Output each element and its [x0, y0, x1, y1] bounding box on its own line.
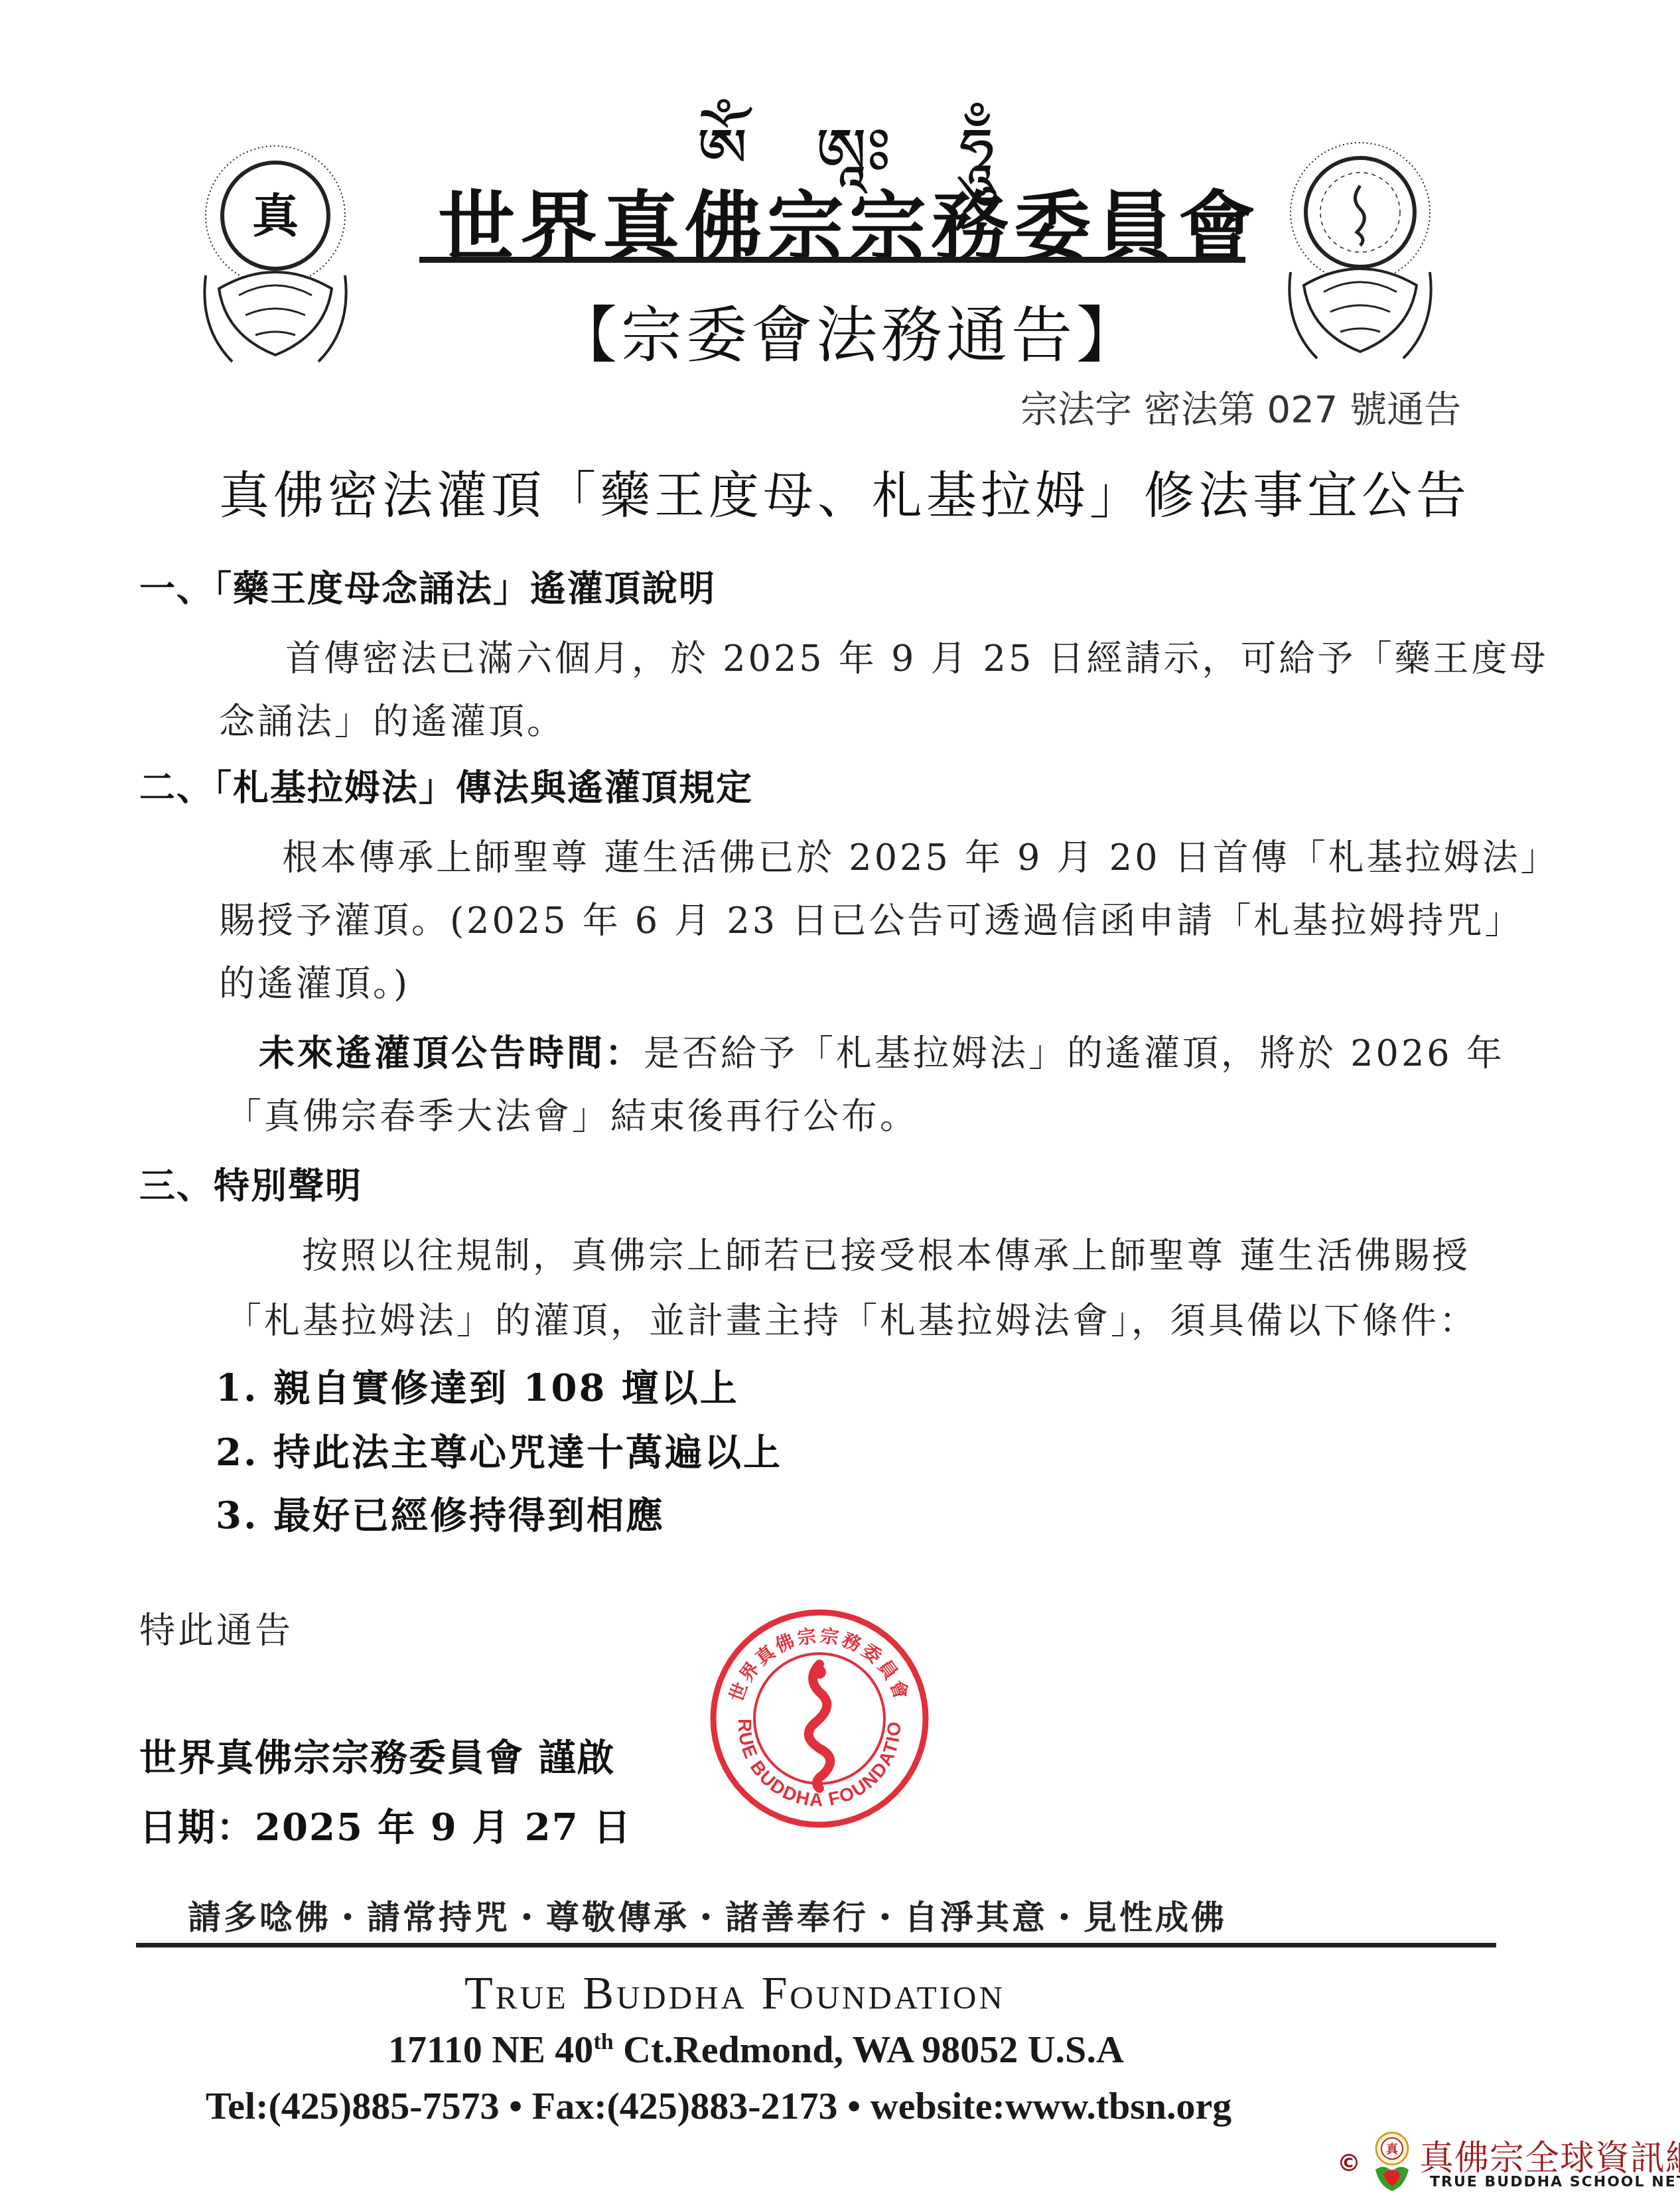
footer-divider: [136, 1943, 1496, 1947]
copyright-icon: ©: [1337, 2150, 1361, 2177]
condition-2: 2. 持此法主尊心咒達十萬遍以上: [216, 1423, 782, 1476]
section-1-line-2: 念誦法」的遙灌頂。: [219, 693, 565, 744]
closing-text: 特此通告: [139, 1602, 293, 1654]
site-watermark: © 真 真佛宗全球資訊網 TRUE BUDDHA SCHOOL NET: [1337, 2130, 1675, 2193]
section-2-line-3: 的遙灌頂。): [219, 956, 410, 1007]
future-notice-text: 是否給予「札基拉姆法」的遙灌頂，將於 2026 年: [644, 1032, 1505, 1074]
true-buddha-emblem-right-icon: [1277, 133, 1443, 385]
foundation-address: 17110 NE 40th Ct.Redmond, WA 98052 U.S.A: [388, 2027, 1124, 2072]
motto: 請多唸佛・請常持咒・尊敬傳承・諸善奉行・自淨其意・見性成佛: [188, 1891, 1227, 1939]
document-title: 真佛密法灌頂「藥王度母、札基拉姆」修法事宜公告: [219, 455, 1470, 528]
section-2-note-line-2: 「真佛宗春季大法會」結束後再行公布。: [226, 1088, 918, 1139]
official-seal-icon: 世界真佛宗宗務委員會 TRUE BUDDHA FOUNDATION: [707, 1606, 932, 1831]
section-1-line-1: 首傳密法已滿六個月，於 2025 年 9 月 25 日經請示，可給予「藥王度母: [285, 630, 1548, 681]
header-divider: [419, 257, 1245, 263]
site-name-english: TRUE BUDDHA SCHOOL NET: [1430, 2174, 1680, 2190]
section-2-note: 未來遙灌頂公告時間：是否給予「札基拉姆法」的遙灌頂，將於 2026 年: [259, 1025, 1505, 1076]
section-3-heading: 三、特別聲明: [139, 1158, 362, 1209]
foundation-name: True Buddha Foundation: [464, 1967, 1005, 2020]
section-3-line-2: 「札基拉姆法」的灌頂，並計畫主持「札基拉姆法會」，須具備以下條件：: [226, 1293, 1478, 1344]
tbsn-logo-icon: 真: [1370, 2130, 1414, 2193]
condition-3: 3. 最好已經修持得到相應: [216, 1486, 665, 1539]
svg-text:真: 真: [252, 188, 301, 244]
true-buddha-emblem-left-icon: 真: [192, 136, 358, 388]
svg-text:真: 真: [1386, 2142, 1399, 2157]
condition-1: 1. 親自實修達到 108 壇以上: [216, 1359, 739, 1412]
section-3-line-1: 按照以往規制，真佛宗上師若已接受根本傳承上師聖尊 蓮生活佛賜授: [302, 1228, 1470, 1279]
foundation-contact: Tel:(425)885-7573 • Fax:(425)883-2173 • …: [206, 2084, 1231, 2128]
site-name-chinese: 真佛宗全球資訊網: [1419, 2130, 1680, 2180]
section-2-line-2: 賜授予灌頂。(2025 年 6 月 23 日已公告可透過信函申請「札基拉姆持咒」: [219, 892, 1523, 944]
reference-number: 宗法字 密法第 027 號通告: [1020, 380, 1461, 433]
future-notice-label: 未來遙灌頂公告時間：: [259, 1032, 644, 1074]
signature: 世界真佛宗宗務委員會 謹啟: [139, 1729, 616, 1782]
document-date: 日期：2025 年 9 月 27 日: [139, 1798, 632, 1851]
section-1-heading: 一、「藥王度母念誦法」遙灌頂說明: [139, 561, 716, 612]
section-2-line-1: 根本傳承上師聖尊 蓮生活佛已於 2025 年 9 月 20 日首傳「札基拉姆法」: [282, 829, 1559, 881]
section-2-heading: 二、「札基拉姆法」傳法與遙灌頂規定: [139, 760, 753, 811]
notice-type-label: 【宗委會法務通告】: [556, 287, 1141, 374]
